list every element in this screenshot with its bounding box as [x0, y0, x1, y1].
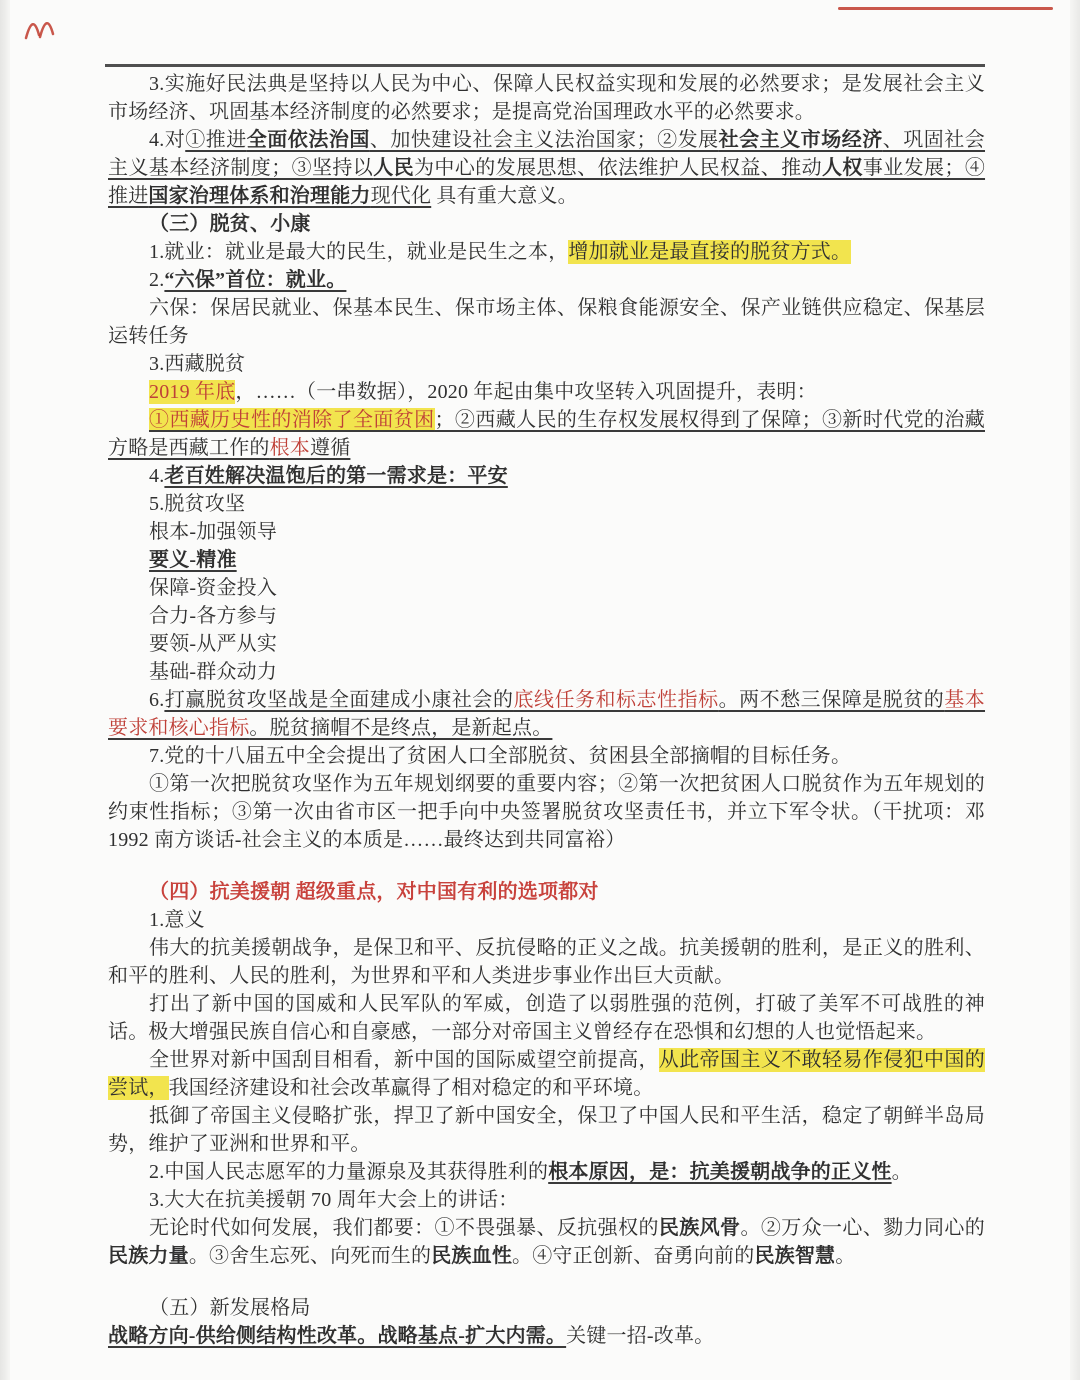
text-run: 民族力量 [108, 1245, 189, 1267]
paragraph-28: 3.大大在抗美援朝 70 周年大会上的讲话： [108, 1186, 985, 1214]
text-run: 战略方向-供给侧结构性改革。战略基点-扩大内需。 [108, 1325, 566, 1347]
text-run: 打出了新中国的国威和人民军队的军威，创造了以弱胜强的范例，打破了美军不可战胜的神… [108, 993, 985, 1043]
text-run: 遵循 [310, 437, 350, 459]
document-body: 3.实施好民法典是坚持以人民为中心、保障人民权益实现和发展的必然要求；是发展社会… [108, 70, 985, 1350]
text-run: 3.西藏脱贫 [149, 353, 245, 375]
text-run: 1.意义 [149, 909, 205, 931]
document-page: 3.实施好民法典是坚持以人民为中心、保障人民权益实现和发展的必然要求；是发展社会… [0, 0, 1080, 1380]
text-run: 增加就业是最直接的脱贫方式。 [568, 240, 851, 264]
paragraph-16: 要领-从严从实 [108, 630, 985, 658]
text-run: 5.脱贫攻坚 [149, 493, 245, 515]
red-pen-line [838, 7, 1053, 10]
text-run: “六保”首位：就业。 [164, 269, 346, 291]
text-run: 合力-各方参与 [149, 605, 277, 627]
paragraph-19: 7.党的十八届五中全会提出了贫困人口全部脱贫、贫困县全部摘帽的目标任务。 [108, 742, 985, 770]
text-run: 2.中国人民志愿军的力量源泉及其获得胜利的 [149, 1161, 548, 1183]
text-run: （四）抗美援朝 超级重点，对中国有利的选项都对 [149, 881, 599, 903]
paragraph-31: 战略方向-供给侧结构性改革。战略基点-扩大内需。关键一招-改革。 [108, 1322, 985, 1350]
text-run: 全面依法治国 [247, 129, 370, 151]
paragraph-24: 打出了新中国的国威和人民军队的军威，创造了以弱胜强的范例，打破了美军不可战胜的神… [108, 990, 985, 1046]
text-run: 全世界对新中国刮目相看，新中国的国际威望空前提高， [149, 1049, 659, 1071]
text-run: 2. [149, 269, 164, 291]
page-right-edge [1070, 0, 1080, 1380]
text-run: 3.大大在抗美援朝 70 周年大会上的讲话： [149, 1189, 518, 1211]
red-pen-marks-icon [20, 4, 64, 48]
paragraph-20: ①第一次把脱贫攻坚作为五年规划纲要的重要内容；②第一次把贫困人口脱贫作为五年规划… [108, 770, 985, 854]
text-run: 。 [892, 1161, 912, 1183]
paragraph-5: 2.“六保”首位：就业。 [108, 266, 985, 294]
paragraph-15: 合力-各方参与 [108, 602, 985, 630]
paragraph-21: （四）抗美援朝 超级重点，对中国有利的选项都对 [108, 878, 985, 906]
text-run: 人权 [822, 157, 863, 179]
paragraph-17: 基础-群众动力 [108, 658, 985, 686]
paragraph-7: 3.西藏脱贫 [108, 350, 985, 378]
text-run: 人民 [373, 157, 414, 179]
text-run: 。②万众一心、勠力同心的 [740, 1217, 985, 1239]
text-run: 我国经济建设和社会改革赢得了相对稳定的和平环境。 [169, 1077, 654, 1099]
header-rule [105, 64, 985, 67]
paragraph-8: 2019 年底，……（一串数据），2020 年起由集中攻坚转入巩固提升，表明： [108, 378, 985, 406]
text-run: 4. [149, 465, 164, 487]
text-run: 4.对 [149, 129, 185, 151]
paragraph-3: （三）脱贫、小康 [108, 210, 985, 238]
paragraph-6: 六保：保居民就业、保基本民生、保市场主体、保粮食能源安全、保产业链供应稳定、保基… [108, 294, 985, 350]
text-run: 。③舍生忘死、向死而生的 [189, 1245, 431, 1267]
text-run: 要义-精准 [149, 549, 237, 571]
paragraph-27: 2.中国人民志愿军的力量源泉及其获得胜利的根本原因，是：抗美援朝战争的正义性。 [108, 1158, 985, 1186]
text-run: 2019 年底 [149, 380, 235, 404]
text-run: 关键一招-改革。 [566, 1325, 714, 1347]
paragraph-4: 1.就业：就业是最大的民生，就业是民生之本，增加就业是最直接的脱贫方式。 [108, 238, 985, 266]
text-run: 。脱贫摘帽不是终点，是新起点。 [249, 717, 552, 739]
text-run: 底线任务和标志性指标 [513, 689, 718, 711]
text-run: 要领-从严从实 [149, 633, 277, 655]
text-run: 根本-加强领导 [149, 521, 277, 543]
paragraph-12: 根本-加强领导 [108, 518, 985, 546]
text-run: 3.实施好民法典是坚持以人民为中心、保障人民权益实现和发展的必然要求；是发展社会… [108, 73, 985, 123]
paragraph-18: 6.打赢脱贫攻坚战是全面建成小康社会的底线任务和标志性指标。两不愁三保障是脱贫的… [108, 686, 985, 742]
text-run: 社会主义市场经济 [719, 129, 883, 151]
page-left-edge [0, 0, 10, 1380]
paragraph-23: 伟大的抗美援朝战争，是保卫和平、反抗侵略的正义之战。抗美援朝的胜利，是正义的胜利… [108, 934, 985, 990]
text-run: 六保：保居民就业、保基本民生、保市场主体、保粮食能源安全、保产业链供应稳定、保基… [108, 297, 985, 347]
paragraph-22: 1.意义 [108, 906, 985, 934]
text-run: 伟大的抗美援朝战争，是保卫和平、反抗侵略的正义之战。抗美援朝的胜利，是正义的胜利… [108, 937, 985, 987]
text-run: ①推进 [185, 129, 247, 151]
paragraph-11: 5.脱贫攻坚 [108, 490, 985, 518]
paragraph-25: 全世界对新中国刮目相看，新中国的国际威望空前提高，从此帝国主义不敢轻易作侵犯中国… [108, 1046, 985, 1102]
text-run: 保障-资金投入 [149, 577, 277, 599]
paragraph-10: 4.老百姓解决温饱后的第一需求是：平安 [108, 462, 985, 490]
text-run: 民族血性 [431, 1245, 512, 1267]
paragraph-14: 保障-资金投入 [108, 574, 985, 602]
text-run: 无论时代如何发展，我们都要：①不畏强暴、反抗强权的 [149, 1217, 659, 1239]
text-run: ，……（一串数据），2020 年起由集中攻坚转入巩固提升，表明： [235, 381, 816, 403]
text-run: 国家治理体系和治理能力 [148, 185, 370, 207]
paragraph-29: 无论时代如何发展，我们都要：①不畏强暴、反抗强权的民族风骨。②万众一心、勠力同心… [108, 1214, 985, 1270]
paragraph-1: 3.实施好民法典是坚持以人民为中心、保障人民权益实现和发展的必然要求；是发展社会… [108, 70, 985, 126]
text-run: 民族智慧 [754, 1245, 835, 1267]
text-run: 打赢脱贫攻坚战是全面建成小康社会的 [164, 689, 513, 711]
text-run: 1.就业：就业是最大的民生，就业是民生之本， [149, 241, 568, 263]
paragraph-26: 抵御了帝国主义侵略扩张，捍卫了新中国安全，保卫了中国人民和平生活，稳定了朝鲜半岛… [108, 1102, 985, 1158]
text-run: 。④守正创新、奋勇向前的 [512, 1245, 754, 1267]
paragraph-30: （五）新发展格局 [108, 1294, 985, 1322]
paragraph-13: 要义-精准 [108, 546, 985, 574]
text-run: 抵御了帝国主义侵略扩张，捍卫了新中国安全，保卫了中国人民和平生活，稳定了朝鲜半岛… [108, 1105, 985, 1155]
text-run: （三）脱贫、小康 [149, 213, 311, 235]
text-run: ①西藏历史性的消除了全面贫困 [149, 408, 435, 432]
text-run: 基础-群众动力 [149, 661, 277, 683]
text-run: 现代化 [371, 185, 432, 207]
text-run: （五）新发展格局 [149, 1297, 311, 1319]
text-run: 、加快建设社会主义法治国家；②发展 [370, 129, 719, 151]
text-run: 根本 [270, 437, 310, 459]
text-run: 民族风骨 [659, 1217, 741, 1239]
paragraph-9: ①西藏历史性的消除了全面贫困；②西藏人民的生存权发展权得到了保障；③新时代党的治… [108, 406, 985, 462]
text-run: 7.党的十八届五中全会提出了贫困人口全部脱贫、贫困县全部摘帽的目标任务。 [149, 745, 851, 767]
text-run: 。两不愁三保障是脱贫的 [719, 689, 945, 711]
text-run: 老百姓解决温饱后的第一需求是：平安 [164, 465, 507, 487]
text-run: 6. [149, 689, 164, 711]
text-run: 具有重大意义。 [431, 185, 578, 207]
text-run: 。 [835, 1245, 855, 1267]
text-run: 根本原因，是：抗美援朝战争的正义性 [548, 1161, 891, 1183]
text-run: ①第一次把脱贫攻坚作为五年规划纲要的重要内容；②第一次把贫困人口脱贫作为五年规划… [108, 773, 985, 851]
paragraph-2: 4.对①推进全面依法治国、加快建设社会主义法治国家；②发展社会主义市场经济、巩固… [108, 126, 985, 210]
text-run: 为中心的发展思想、依法维护人民权益、推动 [414, 157, 822, 179]
